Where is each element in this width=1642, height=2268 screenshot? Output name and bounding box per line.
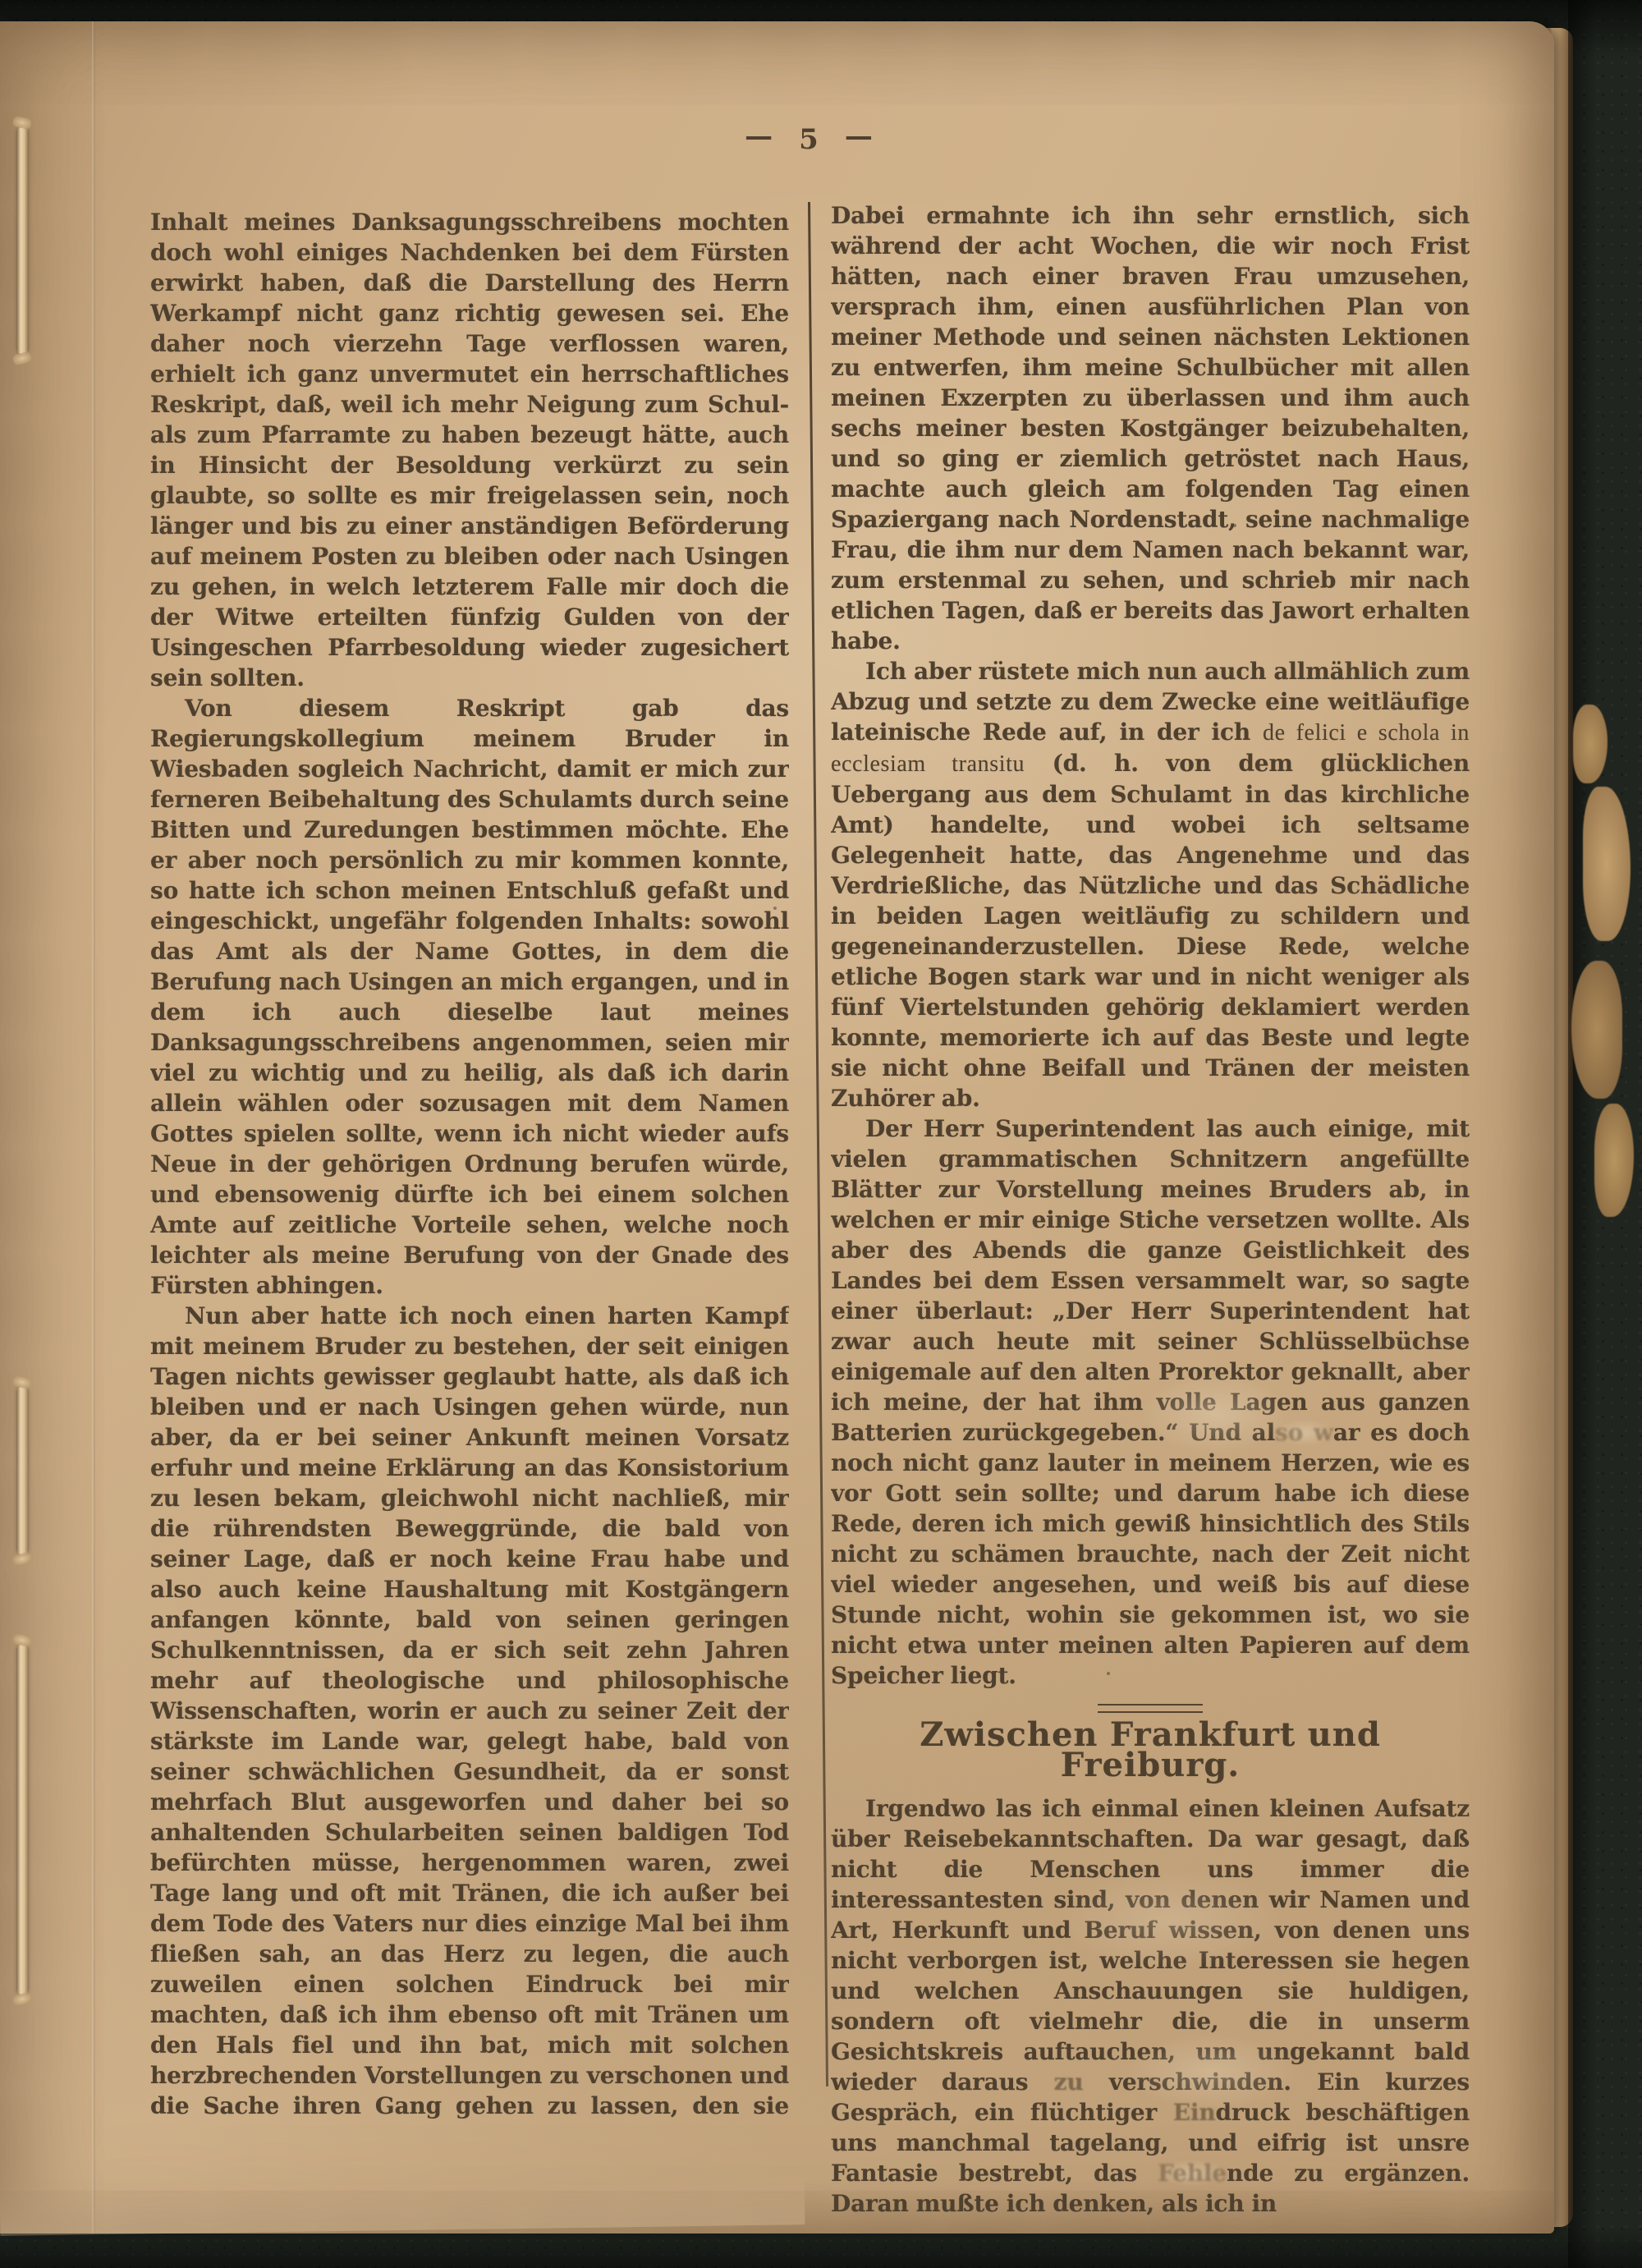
book-page: —5— Inhalt meines Danksagungsschreibens … [0,21,1554,2234]
bottom-fold-highlight [0,2175,805,2236]
damaged-text: zu [1054,2068,1084,2096]
cover-wear-patch [1571,961,1622,1099]
page-number-value: 5 [799,123,820,156]
cover-wear-patch [1594,1104,1634,1217]
book-photo: —5— Inhalt meines Danksagungsschreibens … [0,0,1642,2268]
cover-wear-patch [1573,705,1608,783]
text-column-left: Inhalt meines Danksagungsschreibens moch… [150,207,789,2120]
paragraph: Der Herr Superintendent las auch einige,… [831,1113,1470,1691]
text-run: Nun aber hatte ich noch einen harten Kam… [150,1302,789,2120]
page-number-dash: — [845,120,874,153]
binding-stitch [16,1644,29,1995]
fold-crease [92,21,95,2234]
text-run: ar es doch noch nicht ganz lauter in mei… [831,1419,1470,1689]
text-run: Inhalt meines Danksagungsschreibens moch… [150,209,789,691]
paragraph: Ich aber rüstete mich nun auch allmählic… [831,656,1470,1113]
paper-speck [1107,1672,1110,1675]
cover-wear-patch [1583,787,1631,941]
binding-stitch [16,1386,29,1555]
paragraph: Inhalt meines Danksagungsschreibens moch… [150,207,789,693]
paper-speck [580,1834,583,1838]
paper-speck [773,907,777,910]
damaged-text: Ein [1173,2099,1216,2126]
section-heading: Zwischen Frankfurt und Freiburg. [831,1719,1470,1780]
damaged-text: so w [1275,1419,1333,1446]
text-run: Der Herr Superintendent las auch einige,… [831,1115,1470,1446]
paragraph: Von diesem Reskript gab das Regierungsko… [150,693,789,1301]
damaged-text: Fehle [1158,2160,1227,2187]
paragraph: Dabei ermahnte ich ihn sehr ernstlich, s… [831,200,1470,656]
paragraph: Irgendwo las ich einmal einen kleinen Au… [831,1793,1470,2219]
paper-speck [958,211,961,214]
text-column-right: Dabei ermahnte ich ihn sehr ernstlich, s… [831,200,1470,2229]
paper-speck [1233,524,1236,527]
section-divider-rule [1098,1704,1203,1713]
cover-spine-shadow [1568,0,1596,2268]
column-divider-rule [808,202,828,2087]
text-run: (d. h. von dem glücklichen Uebergang aus… [831,750,1470,1112]
text-run: Irgendwo las ich einmal einen kleinen Au… [831,1795,1470,2096]
page-number: —5— [150,123,1469,156]
binding-stitch [16,126,29,355]
page-number-dash: — [745,120,774,153]
paragraph: Nun aber hatte ich noch einen harten Kam… [150,1301,789,2120]
text-run: Von diesem Reskript gab das Regierungsko… [150,695,789,1299]
paper-speck [490,1018,493,1022]
text-run: Dabei ermahnte ich ihn sehr ernstlich, s… [831,202,1470,654]
